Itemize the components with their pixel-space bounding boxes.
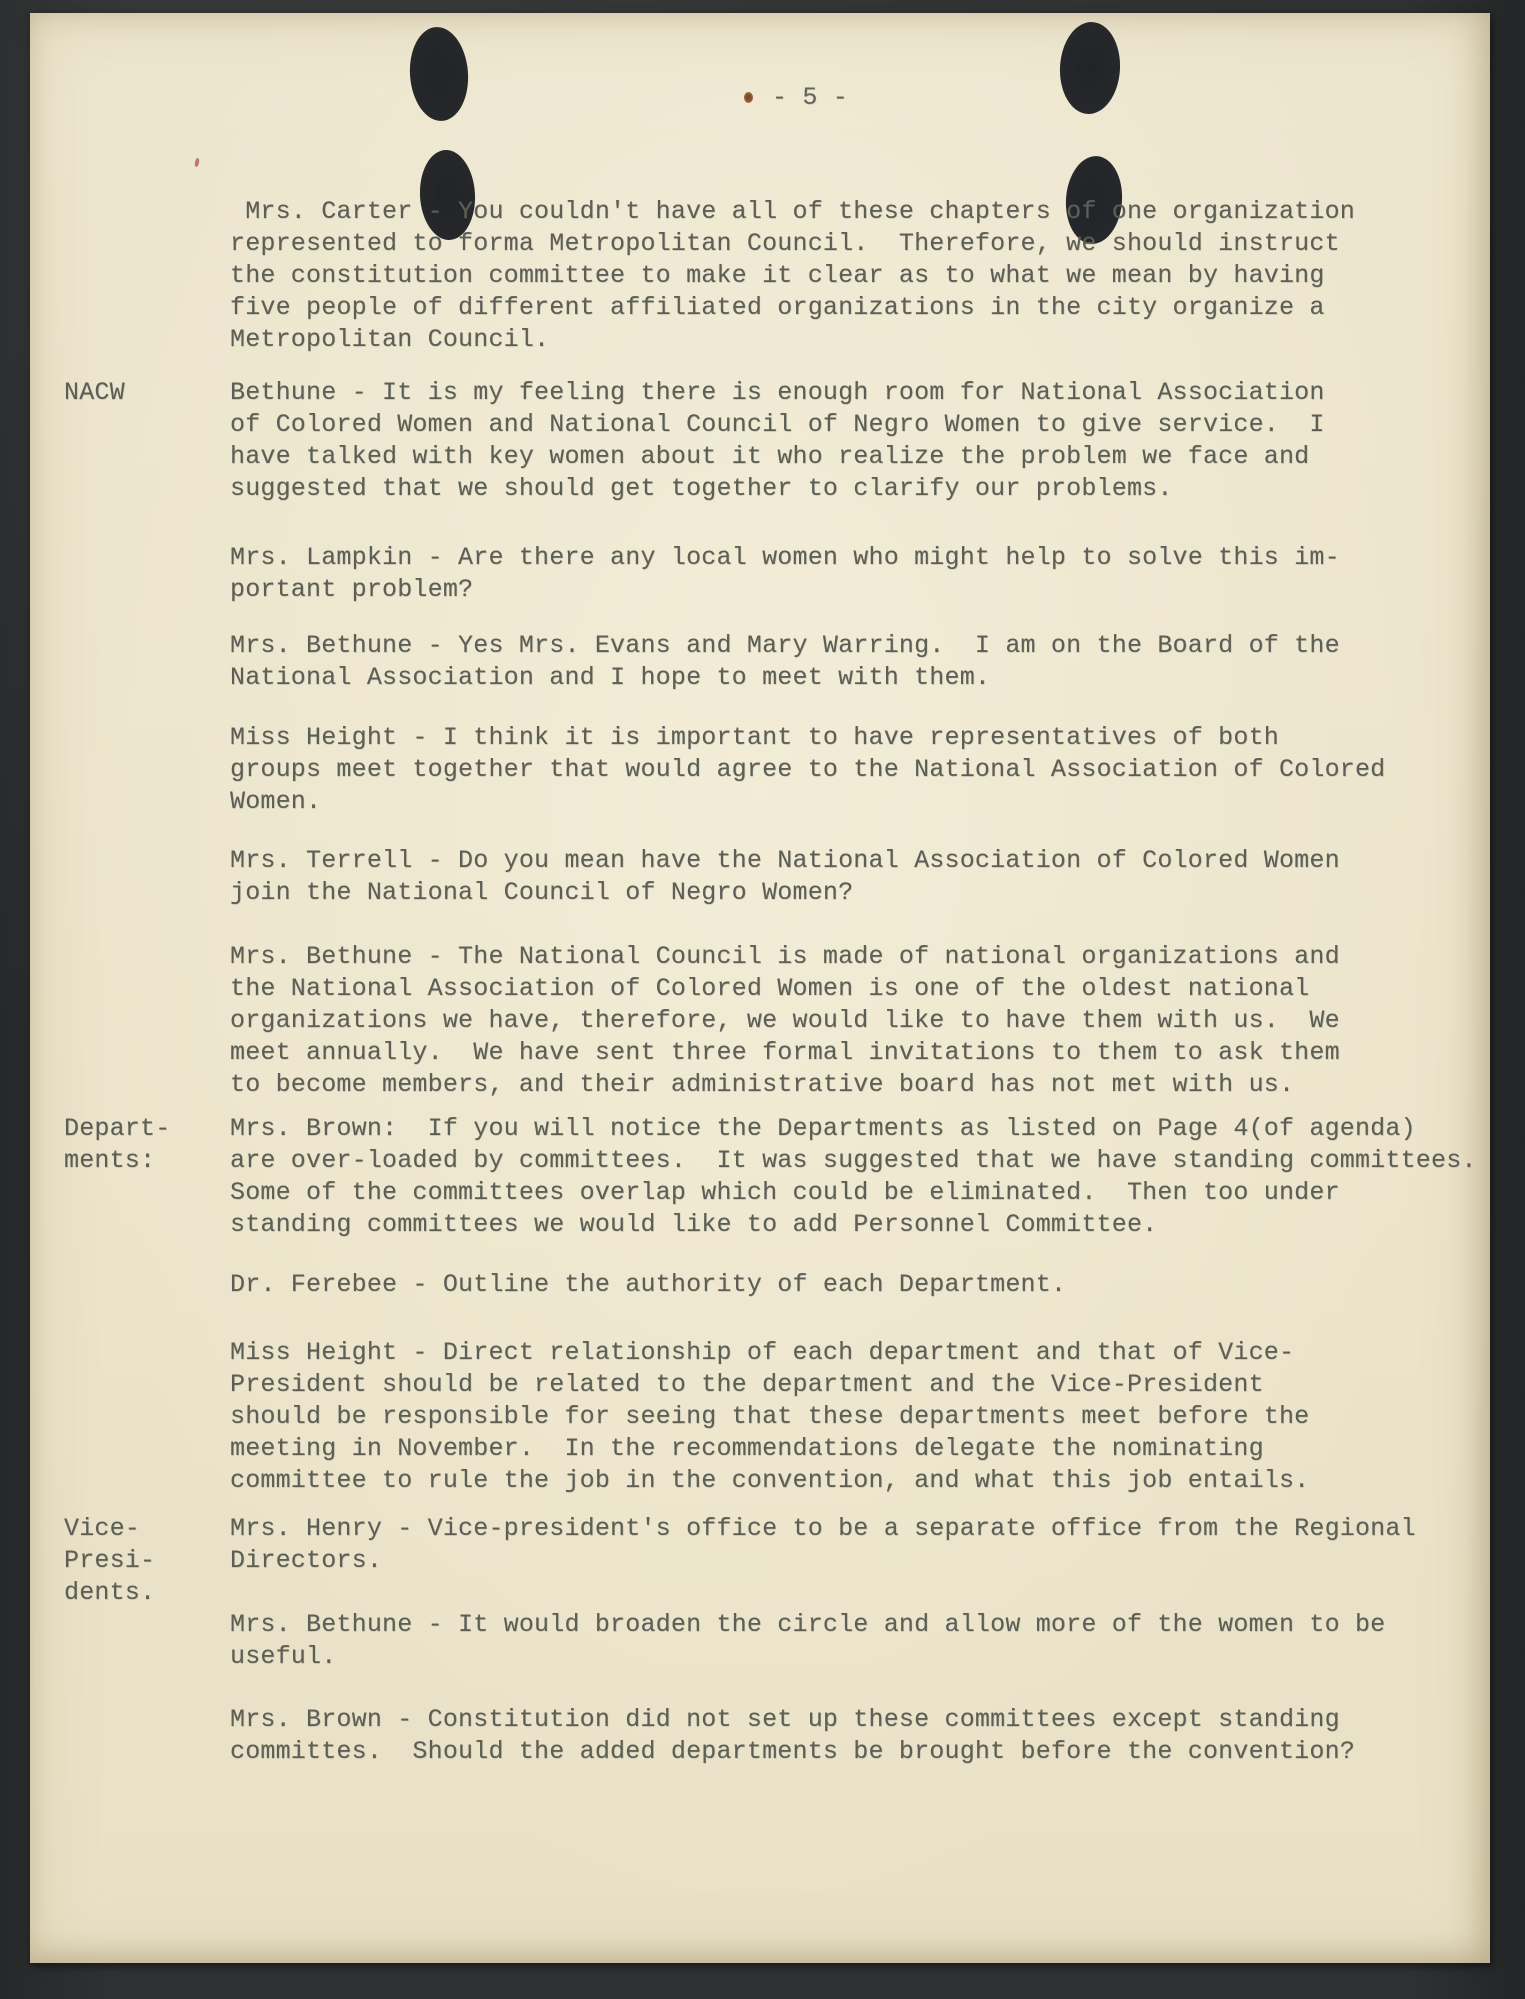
margin-label-vice-presidents: Vice- Presi- dents. — [64, 1513, 155, 1609]
margin-label-departments: Depart- ments: — [64, 1113, 170, 1177]
paragraph-lampkin: Mrs. Lampkin - Are there any local women… — [230, 542, 1340, 606]
paragraph-bethune-nacw: Bethune - It is my feeling there is enou… — [230, 377, 1325, 505]
paragraph-carter: Mrs. Carter - You couldn't have all of t… — [230, 196, 1355, 356]
paragraph-bethune-council: Mrs. Bethune - The National Council is m… — [230, 941, 1340, 1101]
paragraph-terrell: Mrs. Terrell - Do you mean have the Nati… — [230, 845, 1340, 909]
paragraph-henry: Mrs. Henry - Vice-president's office to … — [230, 1513, 1416, 1577]
paragraph-height-groups: Miss Height - I think it is important to… — [230, 722, 1385, 818]
margin-label-nacw: NACW — [64, 377, 125, 409]
paragraph-bethune-circle: Mrs. Bethune - It would broaden the circ… — [230, 1609, 1385, 1673]
paragraph-height-vp: Miss Height - Direct relationship of eac… — [230, 1337, 1309, 1497]
paragraph-brown-constitution: Mrs. Brown - Constitution did not set up… — [230, 1704, 1355, 1768]
paragraph-bethune-board: Mrs. Bethune - Yes Mrs. Evans and Mary W… — [230, 630, 1340, 694]
page-number: - 5 - — [772, 82, 848, 114]
paragraph-brown-departments: Mrs. Brown: If you will notice the Depar… — [230, 1113, 1477, 1241]
stain-speck — [744, 92, 753, 103]
paragraph-ferebee: Dr. Ferebee - Outline the authority of e… — [230, 1269, 1066, 1301]
